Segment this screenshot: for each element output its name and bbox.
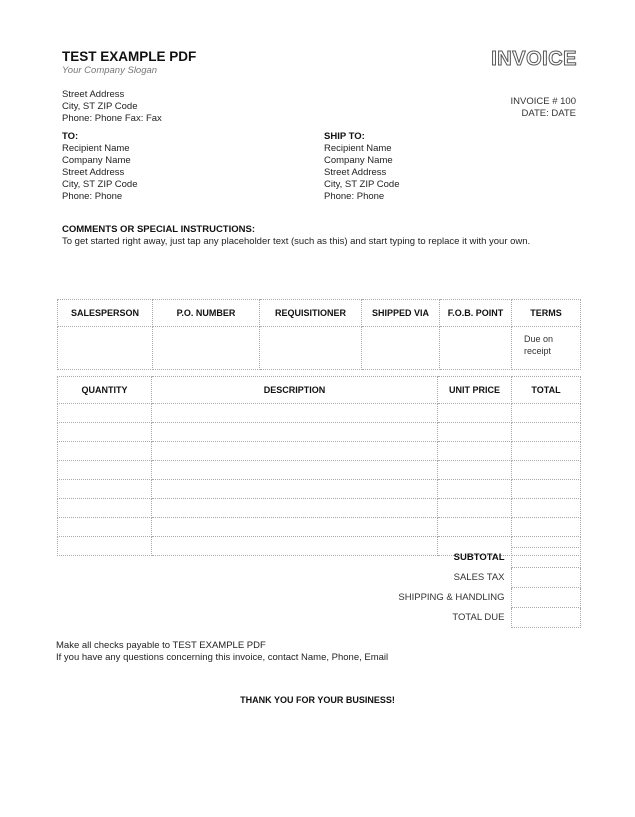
totals-value[interactable] — [511, 548, 580, 568]
description-cell[interactable] — [152, 499, 438, 518]
bill-to-line: Recipient Name — [62, 143, 138, 155]
bill-to-line: Phone: Phone — [62, 191, 138, 203]
description-cell[interactable] — [152, 480, 438, 499]
payable-note: Make all checks payable to TEST EXAMPLE … — [56, 640, 388, 652]
requisitioner-cell[interactable] — [260, 327, 362, 370]
company-name: TEST EXAMPLE PDF — [62, 49, 196, 64]
line-items-table: QUANTITY DESCRIPTION UNIT PRICE TOTAL — [57, 376, 581, 556]
ship-to-line: City, ST ZIP Code — [324, 179, 400, 191]
comments-text[interactable]: To get started right away, just tap any … — [62, 236, 530, 248]
company-slogan: Your Company Slogan — [62, 65, 157, 76]
totals-value[interactable] — [511, 588, 580, 608]
terms-cell[interactable]: Due on receipt — [512, 327, 581, 370]
comments-label: COMMENTS OR SPECIAL INSTRUCTIONS: — [62, 224, 530, 236]
totals-value[interactable] — [511, 568, 580, 588]
header-fob-point: F.O.B. POINT — [440, 300, 512, 327]
line-item-row — [58, 480, 581, 499]
po-number-cell[interactable] — [153, 327, 260, 370]
total-cell[interactable] — [512, 404, 581, 423]
totals-row: SHIPPING & HANDLING — [57, 588, 580, 608]
footer-notes: Make all checks payable to TEST EXAMPLE … — [56, 640, 388, 664]
description-cell[interactable] — [152, 404, 438, 423]
header-terms: TERMS — [512, 300, 581, 327]
order-info-row: Due on receipt — [58, 327, 581, 370]
quantity-cell[interactable] — [58, 423, 152, 442]
totals-table: SUBTOTALSALES TAXSHIPPING & HANDLINGTOTA… — [57, 547, 581, 628]
unit-price-cell[interactable] — [438, 442, 512, 461]
order-info-header-row: SALESPERSON P.O. NUMBER REQUISITIONER SH… — [58, 300, 581, 327]
address-line: Phone: Phone Fax: Fax — [62, 113, 162, 125]
totals-label: SHIPPING & HANDLING — [57, 588, 511, 608]
header-description: DESCRIPTION — [152, 377, 438, 404]
ship-to-block: SHIP TO: Recipient Name Company Name Str… — [324, 131, 400, 203]
ship-to-line: Street Address — [324, 167, 400, 179]
address-line: City, ST ZIP Code — [62, 101, 162, 113]
line-item-row — [58, 423, 581, 442]
line-item-row — [58, 442, 581, 461]
ship-to-line: Company Name — [324, 155, 400, 167]
total-cell[interactable] — [512, 442, 581, 461]
invoice-meta: INVOICE # 100 DATE: DATE — [511, 96, 576, 120]
ship-to-line: Phone: Phone — [324, 191, 400, 203]
line-item-row — [58, 499, 581, 518]
header-quantity: QUANTITY — [58, 377, 152, 404]
company-address: Street Address City, ST ZIP Code Phone: … — [62, 89, 162, 125]
unit-price-cell[interactable] — [438, 423, 512, 442]
invoice-date: DATE: DATE — [511, 108, 576, 120]
totals-row: TOTAL DUE — [57, 608, 580, 628]
address-line: Street Address — [62, 89, 162, 101]
line-items-header-row: QUANTITY DESCRIPTION UNIT PRICE TOTAL — [58, 377, 581, 404]
header-total: TOTAL — [512, 377, 581, 404]
ship-to-label: SHIP TO: — [324, 131, 400, 143]
quantity-cell[interactable] — [58, 461, 152, 480]
totals-label: SALES TAX — [57, 568, 511, 588]
ship-to-line: Recipient Name — [324, 143, 400, 155]
bill-to-line: Company Name — [62, 155, 138, 167]
unit-price-cell[interactable] — [438, 461, 512, 480]
totals-label: SUBTOTAL — [57, 548, 511, 568]
quantity-cell[interactable] — [58, 404, 152, 423]
line-item-row — [58, 461, 581, 480]
unit-price-cell[interactable] — [438, 480, 512, 499]
shipped-via-cell[interactable] — [362, 327, 440, 370]
totals-row: SUBTOTAL — [57, 548, 580, 568]
totals-label: TOTAL DUE — [57, 608, 511, 628]
header-requisitioner: REQUISITIONER — [260, 300, 362, 327]
salesperson-cell[interactable] — [58, 327, 153, 370]
contact-note: If you have any questions concerning thi… — [56, 652, 388, 664]
comments-block: COMMENTS OR SPECIAL INSTRUCTIONS: To get… — [62, 224, 530, 248]
line-item-row — [58, 404, 581, 423]
bill-to-label: TO: — [62, 131, 138, 143]
totals-row: SALES TAX — [57, 568, 580, 588]
total-cell[interactable] — [512, 461, 581, 480]
order-info-table: SALESPERSON P.O. NUMBER REQUISITIONER SH… — [57, 299, 581, 370]
thank-you-note: THANK YOU FOR YOUR BUSINESS! — [0, 695, 635, 705]
bill-to-line: Street Address — [62, 167, 138, 179]
header-shipped-via: SHIPPED VIA — [362, 300, 440, 327]
quantity-cell[interactable] — [58, 518, 152, 537]
invoice-number: INVOICE # 100 — [511, 96, 576, 108]
totals-value[interactable] — [511, 608, 580, 628]
unit-price-cell[interactable] — [438, 499, 512, 518]
total-cell[interactable] — [512, 480, 581, 499]
bill-to-line: City, ST ZIP Code — [62, 179, 138, 191]
header-salesperson: SALESPERSON — [58, 300, 153, 327]
unit-price-cell[interactable] — [438, 518, 512, 537]
header-po-number: P.O. NUMBER — [153, 300, 260, 327]
quantity-cell[interactable] — [58, 442, 152, 461]
invoice-title: INVOICE — [491, 48, 577, 71]
quantity-cell[interactable] — [58, 480, 152, 499]
description-cell[interactable] — [152, 423, 438, 442]
bill-to-block: TO: Recipient Name Company Name Street A… — [62, 131, 138, 203]
unit-price-cell[interactable] — [438, 404, 512, 423]
description-cell[interactable] — [152, 518, 438, 537]
line-item-row — [58, 518, 581, 537]
total-cell[interactable] — [512, 499, 581, 518]
description-cell[interactable] — [152, 461, 438, 480]
total-cell[interactable] — [512, 518, 581, 537]
fob-point-cell[interactable] — [440, 327, 512, 370]
quantity-cell[interactable] — [58, 499, 152, 518]
header-unit-price: UNIT PRICE — [438, 377, 512, 404]
description-cell[interactable] — [152, 442, 438, 461]
total-cell[interactable] — [512, 423, 581, 442]
